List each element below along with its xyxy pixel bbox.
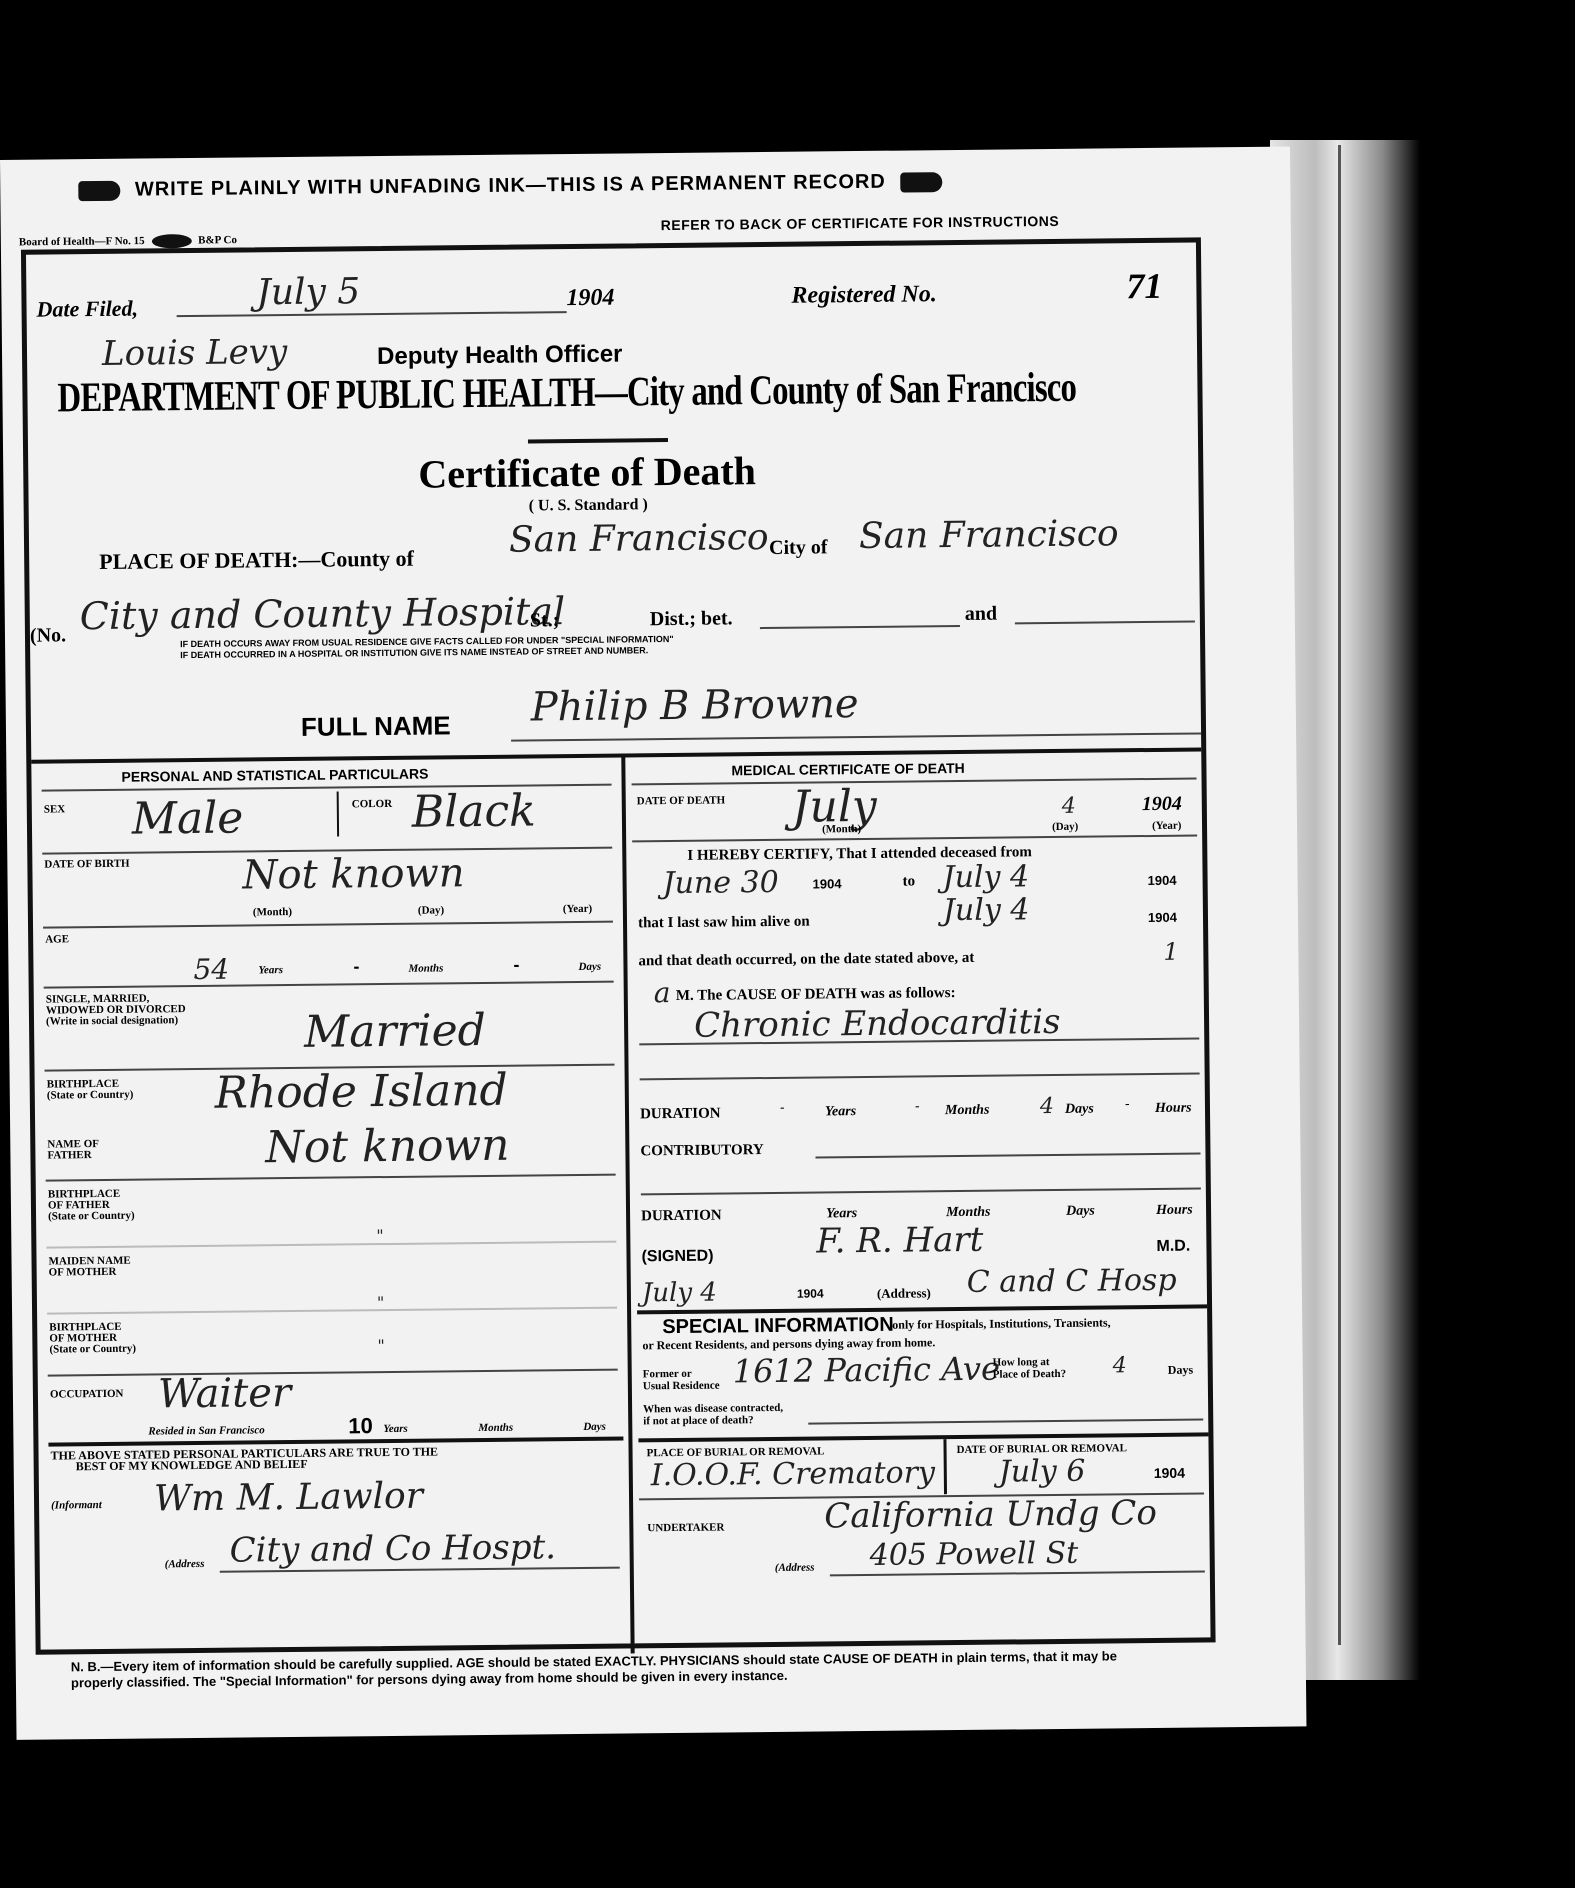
cause-line: [640, 1072, 1200, 1080]
label-line: Usual Residence: [643, 1380, 720, 1393]
occupation-label: OCCUPATION: [50, 1389, 124, 1401]
district-line: [760, 625, 960, 629]
place-of-death-label: PLACE OF DEATH:—County of: [99, 546, 414, 575]
dob-label: DATE OF BIRTH: [44, 859, 129, 871]
section-divider: [31, 747, 1201, 763]
rule: [632, 778, 1197, 786]
footnote-instructions: N. B.—Every item of information should b…: [71, 1648, 1141, 1691]
personal-heading: PERSONAL AND STATISTICAL PARTICULARS: [121, 766, 428, 785]
how-long-value: 4: [1113, 1353, 1127, 1378]
pointing-hand-icon: [900, 172, 942, 192]
full-name-label: FULL NAME: [301, 710, 451, 743]
signed-label: (SIGNED): [641, 1248, 713, 1267]
resided-label: Resided in San Francisco: [148, 1424, 265, 1437]
how-long-label: How long at Place of Death?: [993, 1356, 1067, 1381]
mother-name-label: MAIDEN NAME OF MOTHER: [48, 1256, 130, 1279]
duration2-months-label: Months: [946, 1205, 991, 1221]
duration2-label: DURATION: [641, 1208, 722, 1226]
informant-address-label: (Address: [165, 1558, 205, 1570]
special-divider: [637, 1304, 1207, 1314]
union-label-icon: [151, 234, 191, 248]
signed-date: July 4: [642, 1278, 717, 1309]
label-line: OF MOTHER: [49, 1267, 131, 1279]
undertaker-address-label: (Address: [775, 1562, 815, 1574]
rule: [47, 1307, 617, 1315]
occupation-value: Waiter: [158, 1370, 292, 1417]
dob-day-label: (Day): [418, 905, 444, 916]
duration-years: -: [780, 1099, 785, 1115]
dob-value: Not known: [242, 850, 464, 898]
rule: [48, 1369, 618, 1377]
and-line: [1015, 621, 1195, 625]
last-saw-year: 1904: [1148, 910, 1177, 925]
officer-title: Deputy Health Officer: [377, 340, 623, 371]
informant-address-value: City and Co Hospt.: [229, 1527, 556, 1570]
color-value: Black: [412, 785, 536, 837]
label-line: How long at: [993, 1356, 1066, 1369]
undertaker-label: UNDERTAKER: [647, 1522, 724, 1534]
ink-banner: WRITE PLAINLY WITH UNFADING INK—THIS IS …: [70, 170, 950, 202]
full-name-line: [511, 732, 1201, 741]
resided-years: 10: [348, 1413, 373, 1439]
resided-years-label: Years: [383, 1423, 408, 1435]
mother-birthplace-value: ": [377, 1336, 385, 1355]
how-long-unit: Days: [1168, 1363, 1193, 1378]
contributory-label: CONTRIBUTORY: [640, 1142, 764, 1160]
title-rule: [528, 438, 668, 443]
to-label: to: [903, 873, 916, 890]
street-number-label: (No.: [30, 624, 66, 647]
duration2-years-label: Years: [826, 1206, 857, 1222]
certificate-subtitle: ( U. S. Standard ): [529, 496, 648, 515]
attended-to: July 4: [942, 859, 1029, 895]
sex-value: Male: [132, 792, 244, 844]
label-line: (State or Country): [49, 1344, 136, 1356]
duration-years-label: Years: [825, 1104, 856, 1120]
city-label: City of: [769, 536, 828, 560]
dod-year: 1904: [1142, 793, 1182, 816]
officer-signature: Louis Levy: [102, 332, 288, 374]
label-line: Former or: [643, 1368, 720, 1381]
date-filed-label: Date Filed,: [36, 296, 138, 323]
duration-hours-label: Hours: [1155, 1101, 1192, 1117]
rule: [43, 921, 613, 929]
informant-value: Wm M. Lawlor: [154, 1476, 423, 1520]
dod-year-label: (Year): [1152, 821, 1181, 832]
county-value: San Francisco: [509, 517, 769, 561]
last-saw-text: that I last saw him alive on: [638, 914, 810, 933]
column-divider: [621, 753, 634, 1653]
dod-label: DATE OF DEATH: [637, 795, 726, 807]
duration-hours: -: [1125, 1095, 1130, 1111]
duration-months-label: Months: [945, 1103, 990, 1119]
death-certificate-page: WRITE PLAINLY WITH UNFADING INK—THIS IS …: [0, 146, 1306, 1739]
burial-divider: [638, 1432, 1208, 1442]
age-years: 54: [193, 953, 229, 986]
dod-month-label: (Month): [822, 824, 861, 835]
duration-label: DURATION: [640, 1106, 721, 1124]
occurred-text: and that death occurred, on the date sta…: [638, 950, 974, 971]
color-label: COLOR: [352, 799, 392, 810]
attestation-line: BEST OF MY KNOWLEDGE AND BELIEF: [51, 1457, 439, 1472]
resided-months-label: Months: [478, 1422, 513, 1434]
father-birthplace-label: BIRTHPLACE OF FATHER (State or Country): [48, 1189, 135, 1223]
duration-months: -: [915, 1097, 920, 1113]
sex-label: SEX: [44, 804, 66, 815]
special-note: only for Hospitals, Institutions, Transi…: [892, 1315, 1111, 1332]
resided-days-label: Days: [583, 1421, 606, 1433]
undertaker-address: 405 Powell St: [869, 1536, 1078, 1573]
registered-label: Registered No.: [791, 281, 937, 310]
birthplace-value: Rhode Island: [215, 1065, 508, 1119]
physician-signature: F. R. Hart: [816, 1220, 983, 1262]
refer-note: REFER TO BACK OF CERTIFICATE FOR INSTRUC…: [661, 213, 1060, 233]
medical-heading: MEDICAL CERTIFICATE OF DEATH: [731, 760, 964, 778]
dod-day: 4: [1062, 794, 1076, 819]
place-instructions: IF DEATH OCCURS AWAY FROM USUAL RESIDENC…: [180, 634, 674, 661]
attended-from-year: 1904: [813, 876, 842, 891]
age-days: -: [513, 955, 519, 976]
binding-stitch-line: [1338, 145, 1341, 1645]
dob-year-label: (Year): [563, 904, 592, 915]
undertaker-value: California Undg Co: [824, 1493, 1157, 1536]
and-label: and: [965, 603, 997, 626]
age-months: -: [353, 956, 359, 977]
death-ampm: a: [654, 976, 671, 1009]
burial-year: 1904: [1154, 1465, 1185, 1481]
duration2-hours-label: Hours: [1156, 1203, 1193, 1219]
father-name-value: Not known: [265, 1120, 510, 1174]
label-line: When was disease contracted,: [643, 1402, 783, 1415]
rule: [46, 1241, 616, 1249]
months-label: Months: [408, 962, 443, 974]
banner-text: WRITE PLAINLY WITH UNFADING INK—THIS IS …: [135, 171, 886, 201]
burial-column-divider: [943, 1439, 947, 1494]
city-value: San Francisco: [859, 513, 1119, 557]
date-filed-line: [177, 311, 567, 317]
marital-label-line: (Write in social designation): [46, 1015, 186, 1027]
father-label-line: FATHER: [47, 1150, 99, 1162]
usual-residence: 1612 Pacific Ave: [733, 1350, 1001, 1391]
death-time: 1: [1163, 938, 1179, 966]
attended-to-year: 1904: [1148, 873, 1177, 888]
signed-address-label: (Address): [877, 1285, 931, 1302]
informant-label: (Informant: [51, 1499, 102, 1512]
signed-address: C and C Hosp: [967, 1263, 1177, 1300]
label-line: (State or Country): [48, 1211, 135, 1223]
contributory-line: [815, 1152, 1200, 1158]
signed-year: 1904: [797, 1286, 824, 1300]
district-label: Dist.; bet.: [650, 607, 733, 631]
street-label: St.;: [530, 609, 560, 632]
marital-value: Married: [304, 1005, 486, 1058]
residence-label: Former or Usual Residence: [643, 1368, 720, 1393]
date-filed-value: July 5: [256, 271, 360, 313]
contracted-label: When was disease contracted, if not at p…: [643, 1402, 783, 1427]
full-name-value: Philip B Browne: [531, 681, 859, 730]
street-number-value: City and County Hospital: [80, 589, 566, 638]
certificate-title: Certificate of Death: [418, 447, 756, 498]
sex-color-divider: [337, 791, 339, 836]
rule: [632, 835, 1197, 843]
dod-day-label: (Day): [1052, 822, 1078, 833]
label-line: if not at place of death?: [643, 1414, 783, 1427]
date-filed-year: 1904: [566, 285, 614, 313]
registered-number: 71: [1126, 265, 1162, 307]
birthplace-label-line: (State or Country): [47, 1090, 134, 1102]
contracted-line: [808, 1418, 1203, 1424]
attestation-text: THE ABOVE STATED PERSONAL PARTICULARS AR…: [51, 1446, 439, 1472]
duration2-days-label: Days: [1066, 1204, 1095, 1220]
rule: [46, 1174, 616, 1182]
age-label: AGE: [45, 934, 69, 945]
duration-days-label: Days: [1065, 1102, 1094, 1118]
last-saw-date: July 4: [943, 892, 1030, 928]
dob-month-label: (Month): [253, 907, 292, 918]
mother-birthplace-label: BIRTHPLACE OF MOTHER (State or Country): [49, 1322, 136, 1356]
attended-from: June 30: [662, 865, 779, 901]
father-name-label: NAME OF FATHER: [47, 1139, 99, 1162]
rule: [44, 981, 614, 989]
birthplace-label: BIRTHPLACE (State or Country): [47, 1079, 134, 1102]
years-label: Years: [258, 964, 283, 976]
label-line: Place of Death?: [993, 1368, 1066, 1381]
pointing-hand-icon: [78, 180, 120, 200]
marital-label: SINGLE, MARRIED, WIDOWED OR DIVORCED (Wr…: [46, 993, 186, 1027]
md-label: M.D.: [1156, 1238, 1190, 1256]
contributory-line: [641, 1187, 1201, 1195]
cause-text: M. The CAUSE OF DEATH was as follows:: [676, 985, 956, 1005]
certificate-frame: Date Filed, July 5 1904 Registered No. 7…: [21, 237, 1216, 1654]
burial-place-value: I.O.O.F. Crematory: [651, 1455, 935, 1493]
days-label: Days: [578, 961, 601, 973]
burial-date-value: July 6: [999, 1454, 1086, 1490]
department-title: DEPARTMENT OF PUBLIC HEALTH—City and Cou…: [57, 364, 1076, 423]
duration-days: 4: [1040, 1094, 1054, 1119]
